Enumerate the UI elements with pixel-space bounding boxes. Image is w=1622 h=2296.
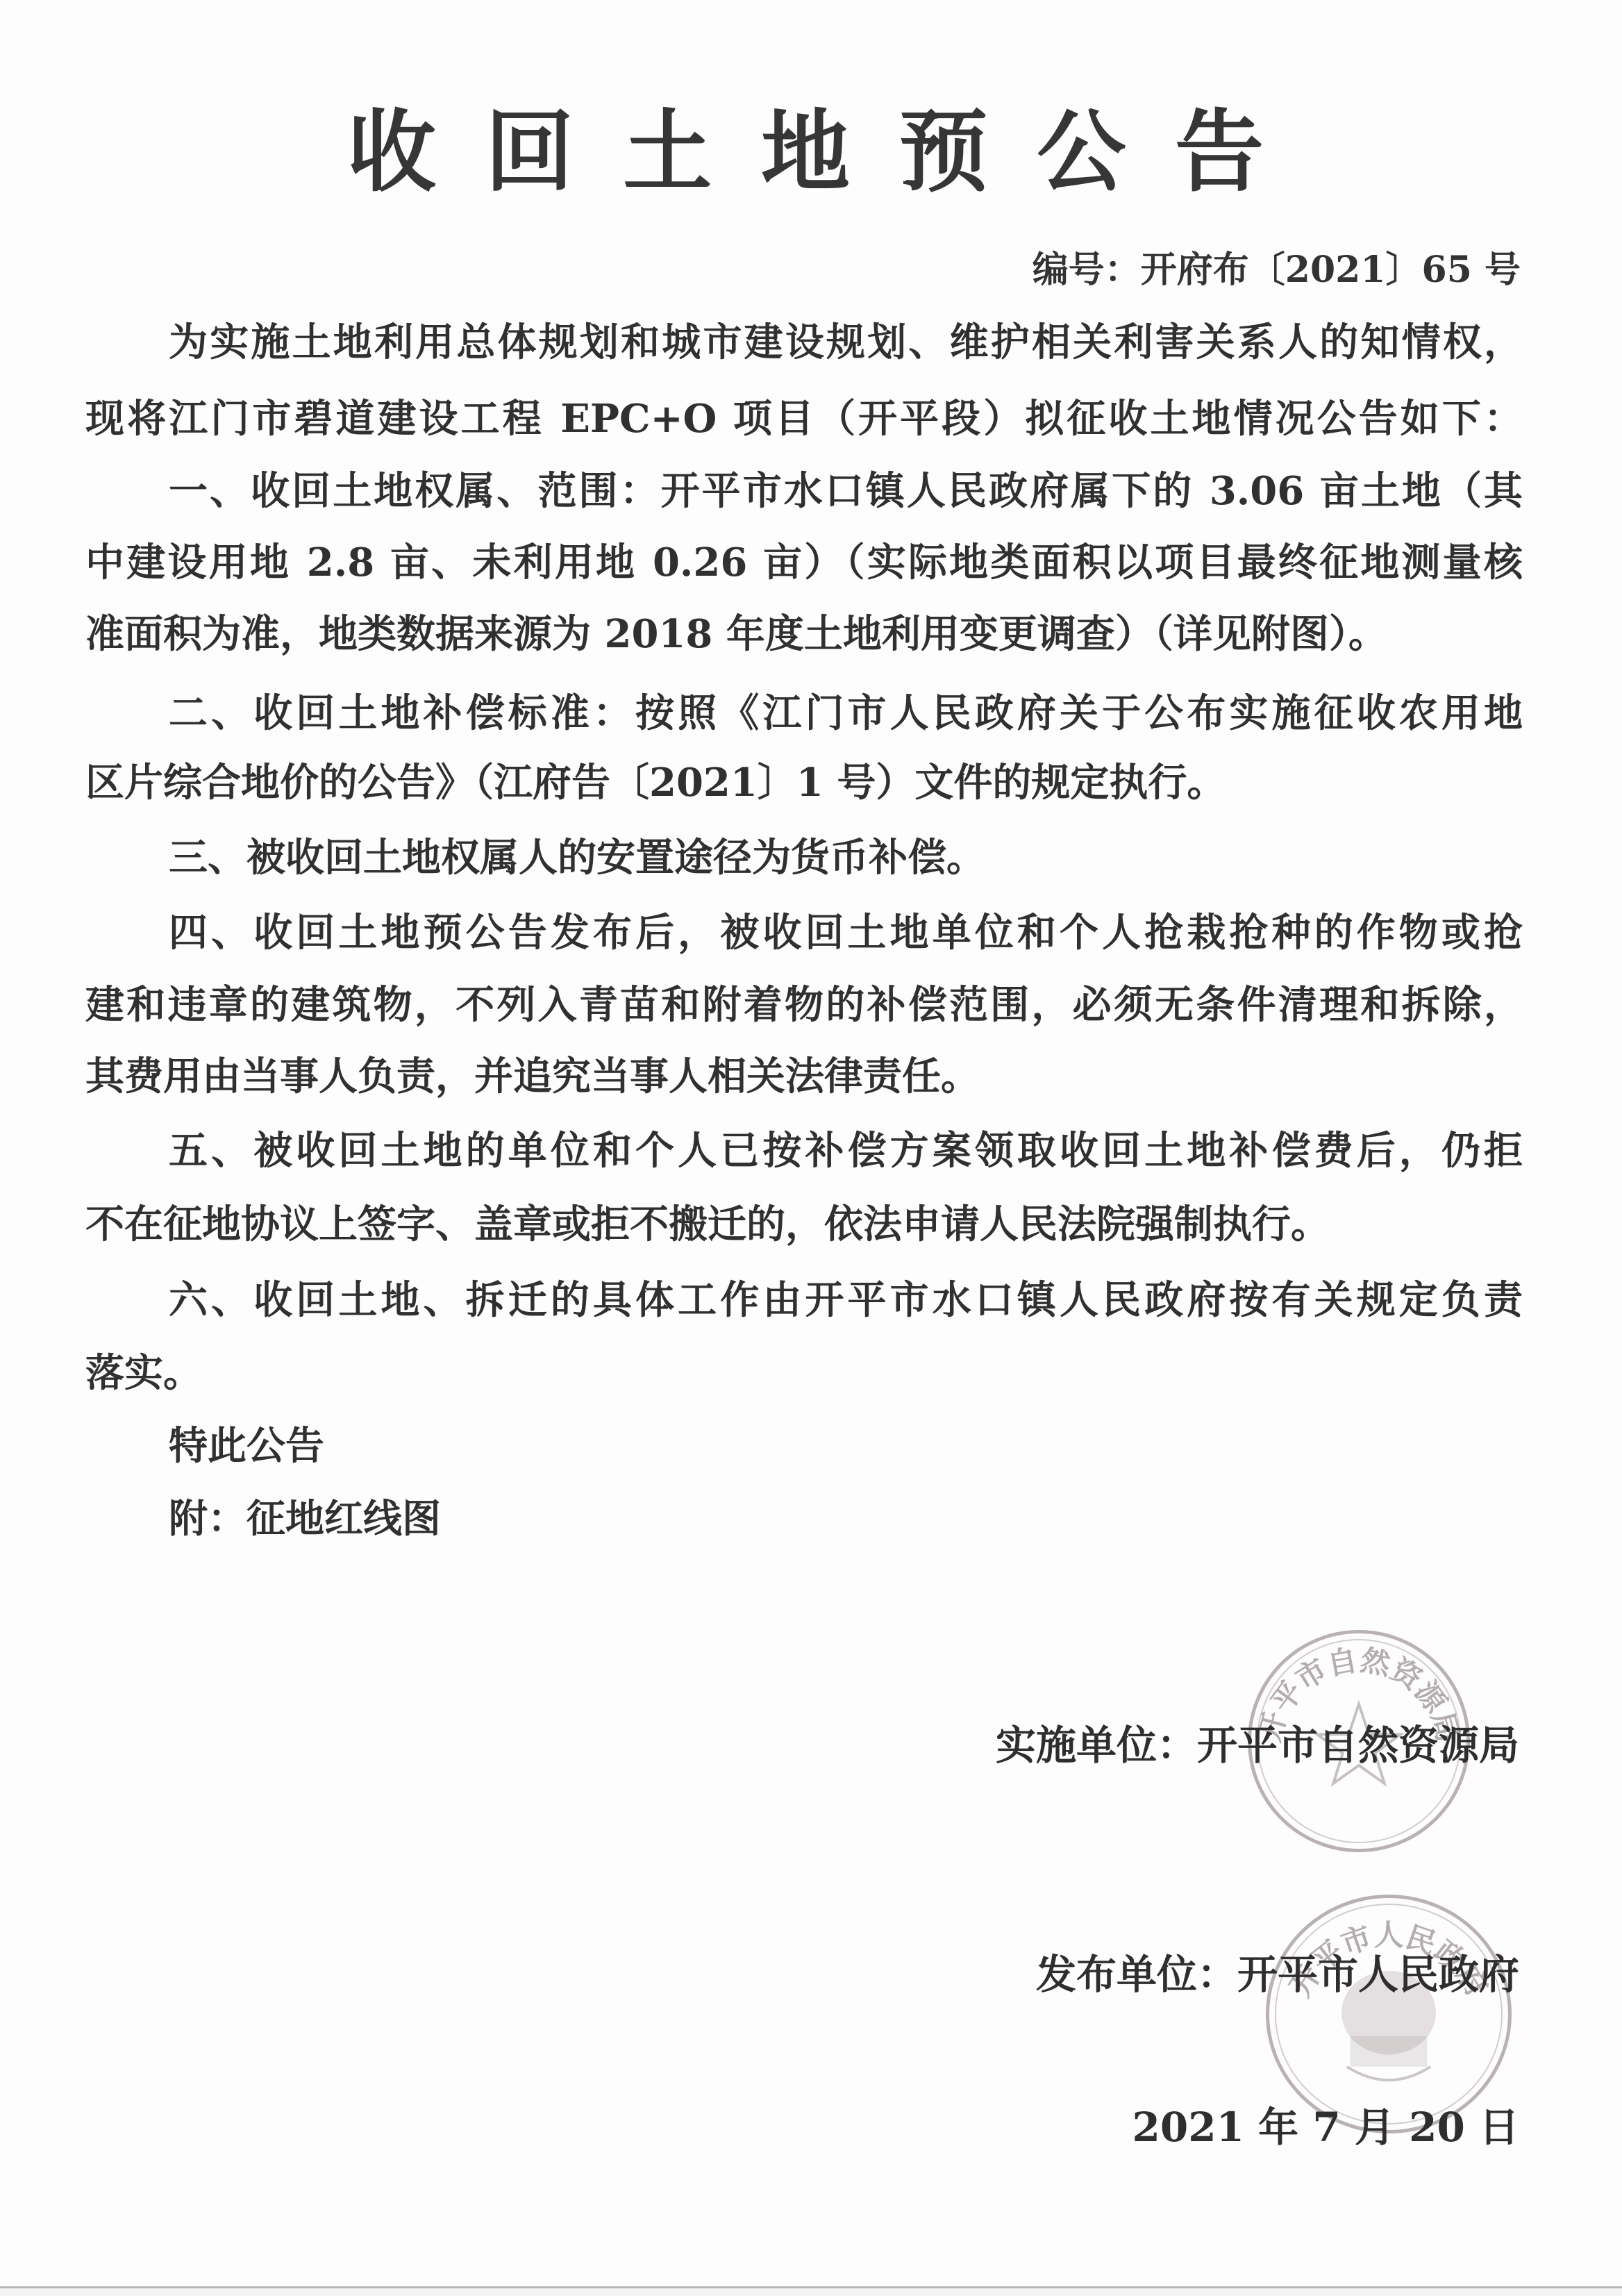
body-line: 五、被收回土地的单位和个人已按补偿方案领取收回土地补偿费后，仍拒 (169, 1123, 1523, 1179)
publisher-signature: 发布单位：开平市人民政府 (1036, 1947, 1519, 2002)
scan-margin (0, 2288, 1622, 2296)
title-char: 收 (347, 108, 436, 197)
closing-text: 特此公告 (169, 1418, 324, 1474)
title-char: 地 (761, 108, 850, 197)
body-line: 二、收回土地补偿标准：按照《江门市人民政府关于公布实施征收农用地 (169, 685, 1523, 741)
document-number: 编号：开府布〔2021〕65 号 (1032, 246, 1521, 294)
body-line: 为实施土地利用总体规划和城市建设规划、维护相关利害关系人的知情权， (169, 315, 1523, 370)
body-line: 中建设用地 2.8 亩、未利用地 0.26 亩）（实际地类面积以项目最终征地测量… (85, 535, 1523, 590)
seal-emblem-icon: 开平市人民政府 (1269, 1898, 1508, 2130)
body-line: 现将江门市碧道建设工程 EPC+O 项目（开平段）拟征收土地情况公告如下： (85, 391, 1523, 447)
title-char: 回 (485, 108, 574, 197)
issue-date: 2021 年 7 月 20 日 (1132, 2099, 1519, 2155)
body-line: 四、收回土地预公告发布后，被收回土地单位和个人抢栽抢种的作物或抢 (169, 905, 1523, 960)
body-line: 其费用由当事人负责，并追究当事人相关法律责任。 (85, 1049, 980, 1104)
implementer-signature: 实施单位：开平市自然资源局 (996, 1717, 1519, 1773)
attachment-text: 附：征地红线图 (169, 1491, 441, 1547)
title-char: 告 (1175, 108, 1264, 197)
notice-page: 收 回 土 地 预 公 告 编号：开府布〔2021〕65 号 为实施土地利用总体… (0, 0, 1622, 2296)
body-line: 六、收回土地、拆迁的具体工作由开平市水口镇人民政府按有关规定负责 (169, 1272, 1523, 1328)
title-char: 预 (899, 108, 988, 197)
body-line: 落实。 (85, 1345, 202, 1401)
title-char: 土 (623, 108, 712, 197)
document-title: 收 回 土 地 预 公 告 (347, 97, 1264, 208)
body-line: 一、收回土地权属、范围：开平市水口镇人民政府属下的 3.06 亩土地（其 (169, 463, 1523, 519)
body-line: 区片综合地价的公告》（江府告〔2021〕1 号）文件的规定执行。 (85, 755, 1226, 810)
body-line: 三、被收回土地权属人的安置途径为货币补偿。 (169, 830, 985, 885)
body-line: 不在征地协议上签字、盖章或拒不搬迁的，依法申请人民法院强制执行。 (85, 1197, 1330, 1252)
body-line: 建和违章的建筑物，不列入青苗和附着物的补偿范围，必须无条件清理和拆除， (85, 977, 1523, 1033)
title-char: 公 (1037, 108, 1126, 197)
publisher-seal: 开平市人民政府 (1266, 1895, 1512, 2133)
body-line: 准面积为准，地类数据来源为 2018 年度土地利用变更调查）（详见附图）。 (85, 606, 1387, 662)
